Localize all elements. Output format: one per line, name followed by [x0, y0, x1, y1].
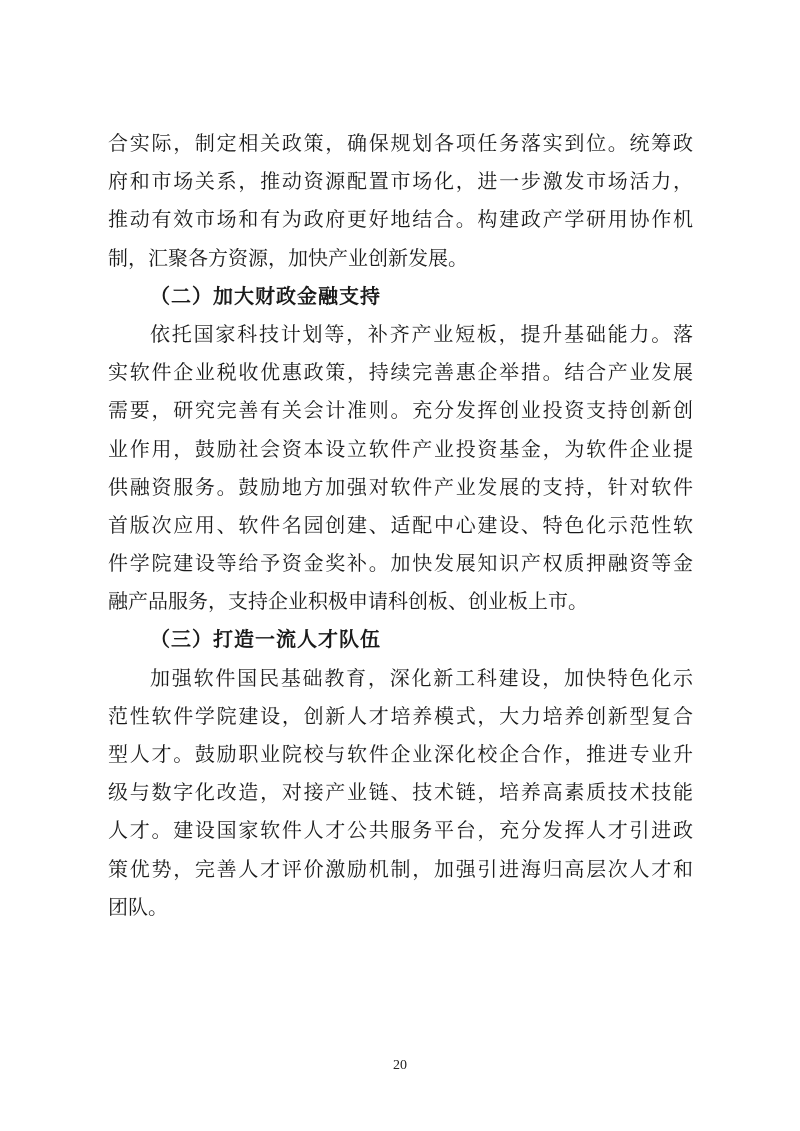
text-line: 制，汇聚各方资源，加快产业创新发展。 [108, 239, 693, 277]
text-line: 件学院建设等给予资金奖补。加快发展知识产权质押融资等金 [108, 544, 693, 582]
text-line: 供融资服务。鼓励地方加强对软件产业发展的支持，针对软件 [108, 468, 693, 506]
text-line: 人才。建设国家软件人才公共服务平台，充分发挥人才引进政 [108, 811, 693, 849]
text-line: 策优势，完善人才评价激励机制，加强引进海归高层次人才和 [108, 850, 693, 888]
text-line: 范性软件学院建设，创新人才培养模式，大力培养创新型复合 [108, 697, 693, 735]
text-line: 需要，研究完善有关会计准则。充分发挥创业投资支持创新创 [108, 391, 693, 429]
text-line: 首版次应用、软件名园创建、适配中心建设、特色化示范性软 [108, 506, 693, 544]
paragraph-talent-team: 加强软件国民基础教育，深化新工科建设，加快特色化示 范性软件学院建设，创新人才培… [108, 659, 693, 926]
text-line: 合实际，制定相关政策，确保规划各项任务落实到位。统筹政 [108, 124, 693, 162]
text-line: 加强软件国民基础教育，深化新工科建设，加快特色化示 [108, 659, 693, 697]
section-heading-talent-team: （三）打造一流人才队伍 [108, 620, 693, 658]
text-line: 推动有效市场和有为政府更好地结合。构建政产学研用协作机 [108, 200, 693, 238]
text-line: 府和市场关系，推动资源配置市场化，进一步激发市场活力， [108, 162, 693, 200]
text-line: 型人才。鼓励职业院校与软件企业深化校企合作，推进专业升 [108, 735, 693, 773]
page-number: 20 [0, 1058, 800, 1074]
text-line: 依托国家科技计划等，补齐产业短板，提升基础能力。落 [108, 315, 693, 353]
text-line: 实软件企业税收优惠政策，持续完善惠企举措。结合产业发展 [108, 353, 693, 391]
text-line: 业作用，鼓励社会资本设立软件产业投资基金，为软件企业提 [108, 430, 693, 468]
text-line: 团队。 [108, 888, 693, 926]
text-line: 融产品服务，支持企业积极申请科创板、创业板上市。 [108, 582, 693, 620]
section-heading-financial-support: （二）加大财政金融支持 [108, 277, 693, 315]
text-line: 级与数字化改造，对接产业链、技术链，培养高素质技术技能 [108, 773, 693, 811]
document-page: 合实际，制定相关政策，确保规划各项任务落实到位。统筹政 府和市场关系，推动资源配… [108, 124, 693, 926]
paragraph-financial-support: 依托国家科技计划等，补齐产业短板，提升基础能力。落 实软件企业税收优惠政策，持续… [108, 315, 693, 621]
paragraph-continuation: 合实际，制定相关政策，确保规划各项任务落实到位。统筹政 府和市场关系，推动资源配… [108, 124, 693, 277]
